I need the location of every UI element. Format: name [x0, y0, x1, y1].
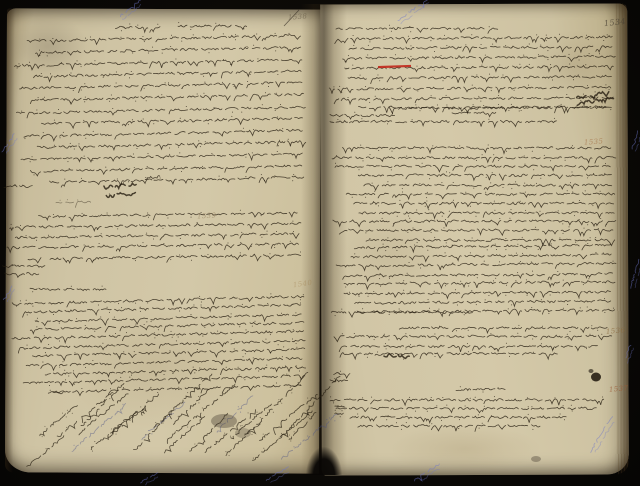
handwriting-layer [0, 0, 640, 486]
manuscript-scan: 1534 1535 1536 1537 1538 1539 1540 [0, 0, 640, 486]
